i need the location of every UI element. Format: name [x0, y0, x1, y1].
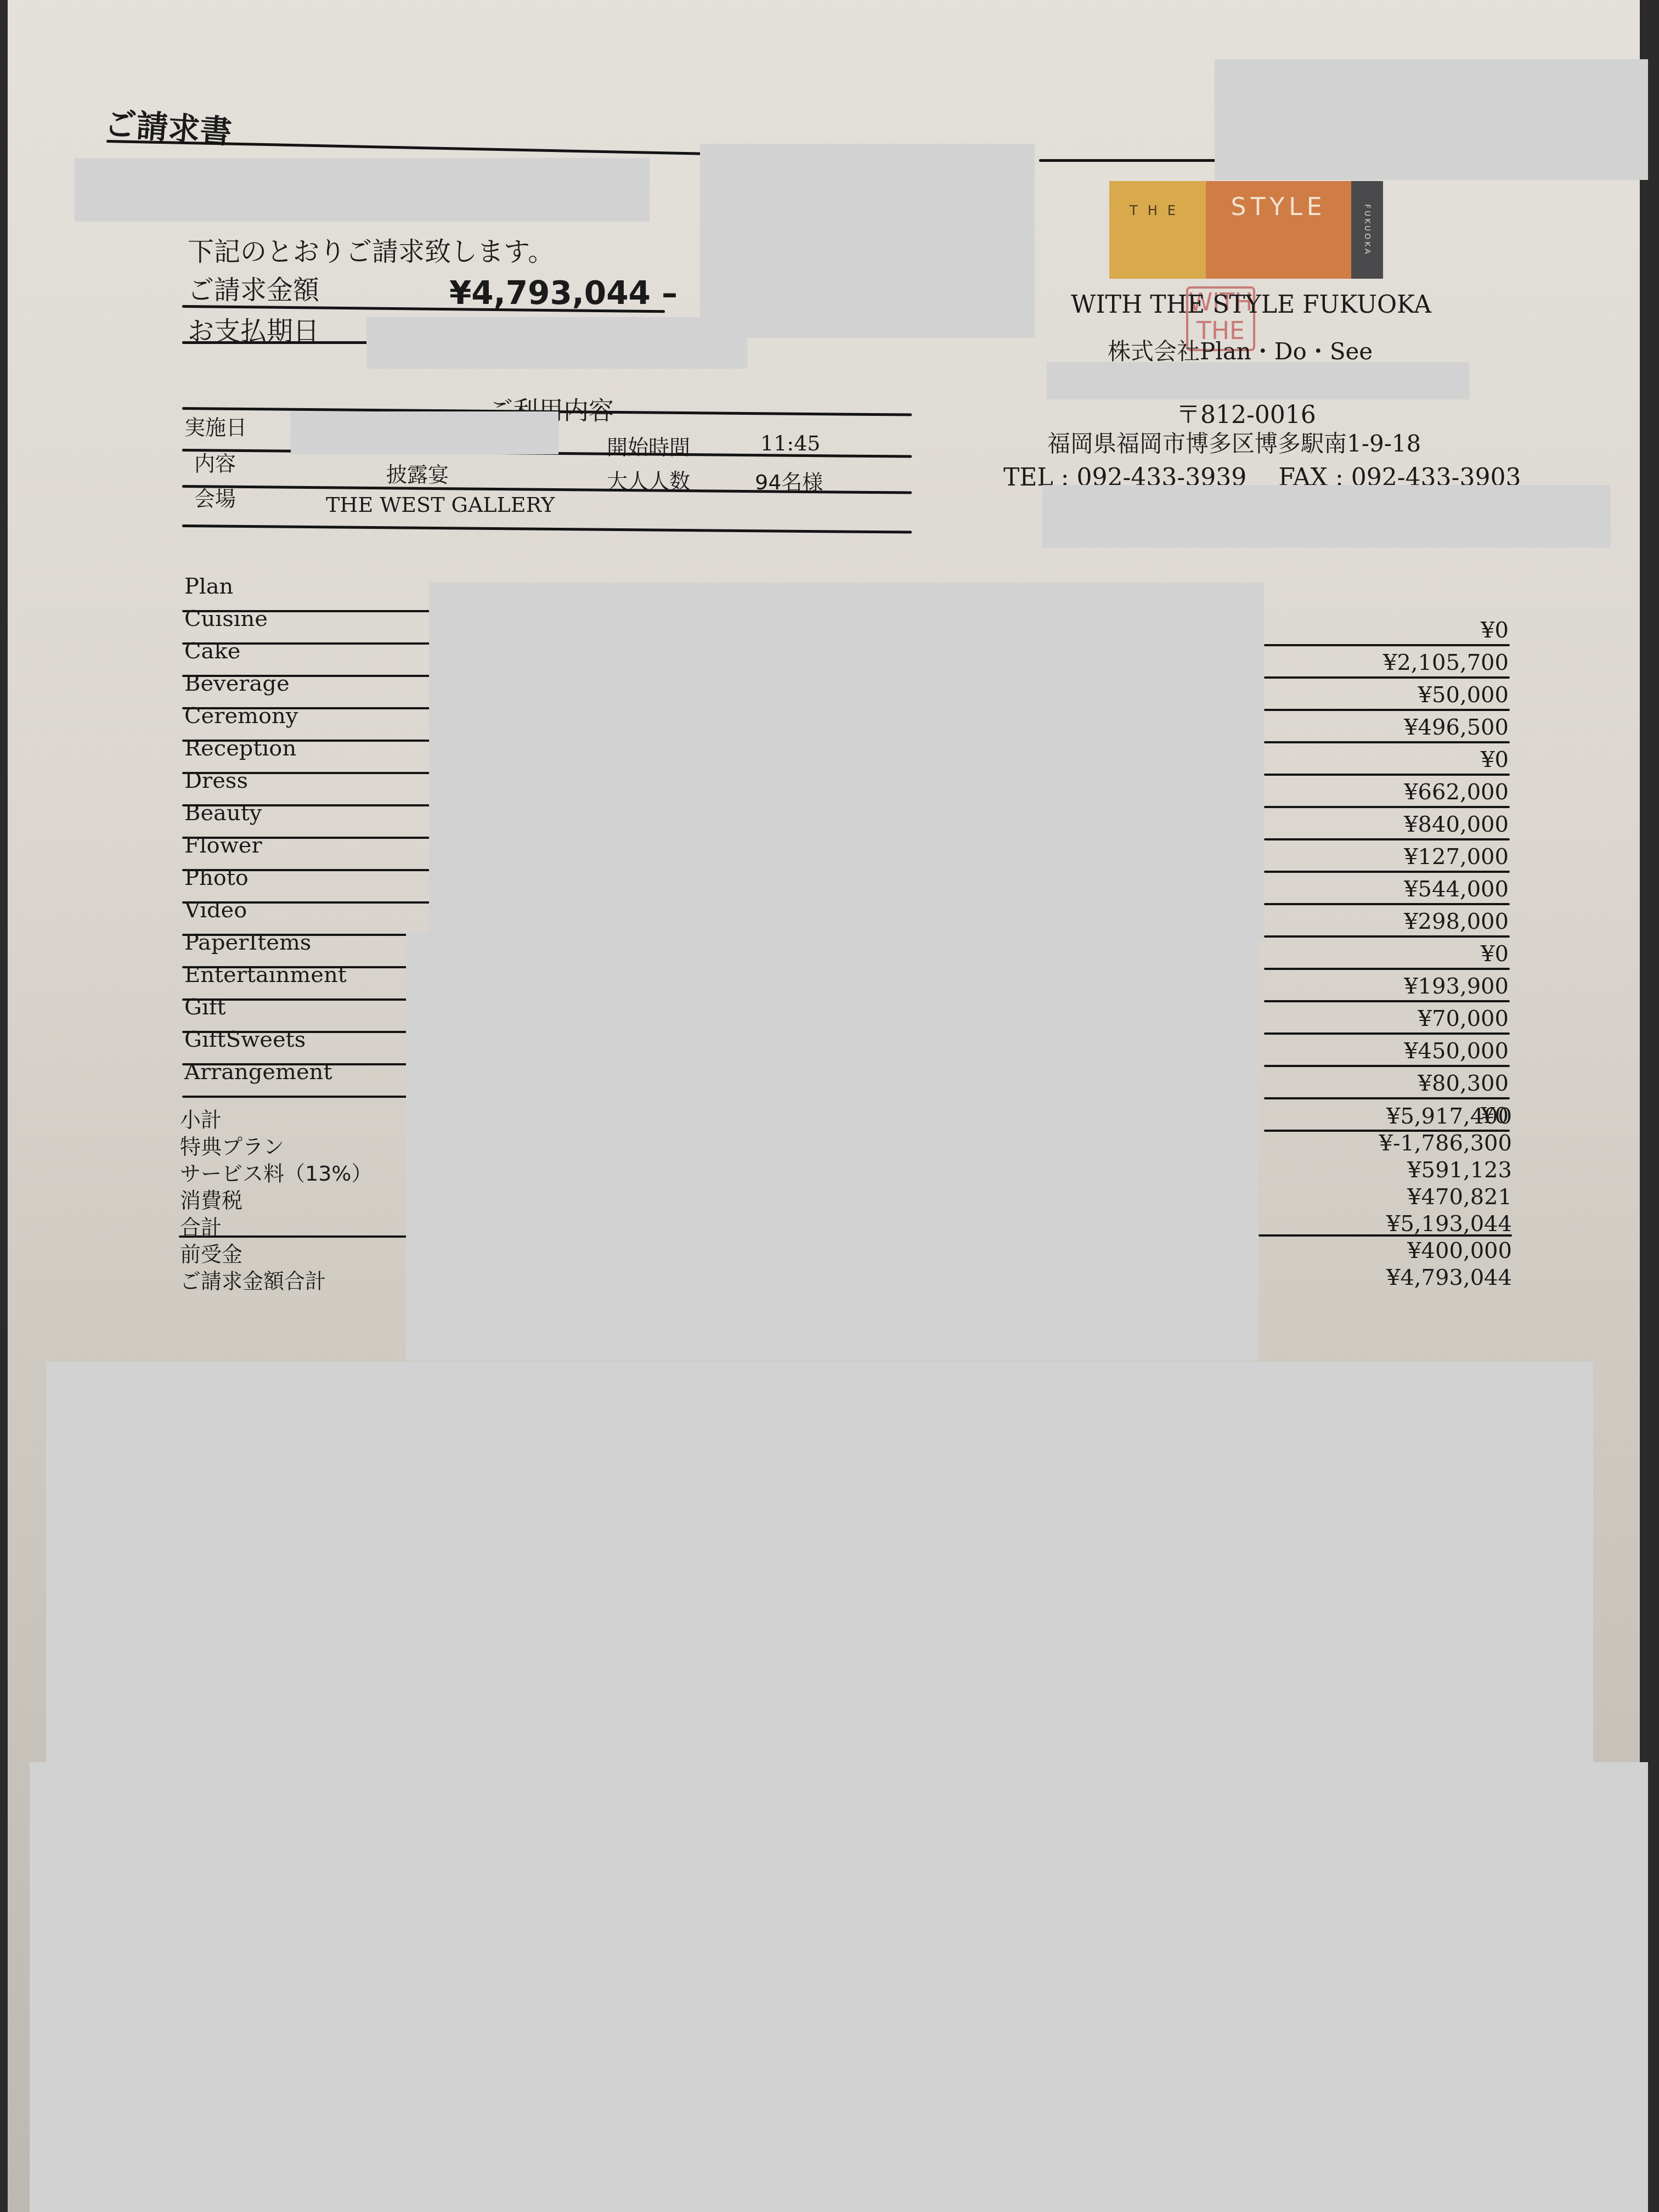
- summary-value: ¥-1,786,300: [1259, 1131, 1512, 1156]
- amount-label: ご請求金額: [188, 269, 319, 307]
- intro-text: 下記のとおりご請求致します。: [188, 230, 554, 268]
- item-value: ¥840,000: [1259, 812, 1509, 837]
- item-value: ¥450,000: [1259, 1039, 1509, 1064]
- item-label: Video: [184, 898, 247, 923]
- redaction-block: [1042, 485, 1611, 548]
- item-label: Cuisine: [184, 606, 268, 631]
- company-name: WITH THE STYLE FUKUOKA: [1071, 291, 1431, 319]
- total-rule-left: [179, 1235, 415, 1238]
- item-value: ¥127,000: [1259, 844, 1509, 870]
- venue-label: 会場: [194, 482, 236, 512]
- item-value: ¥70,000: [1259, 1006, 1509, 1031]
- invoice-paper: ご請求書 下記のとおりご請求致します。 ご請求金額 ¥4,793,044 – お…: [8, 0, 1640, 2212]
- total-rule-right: [1259, 1234, 1512, 1237]
- summary-label: ご請求金額合計: [180, 1264, 326, 1294]
- redaction-block: [429, 583, 1264, 939]
- item-rule-right: [1264, 1097, 1510, 1099]
- item-label: Dress: [184, 768, 248, 793]
- item-rule-left: [182, 1096, 440, 1098]
- summary-value: ¥4,793,044: [1259, 1265, 1512, 1290]
- summary-label: 消費税: [180, 1183, 242, 1214]
- company-zip: 〒812-0016: [1176, 395, 1316, 430]
- venue-value: THE WEST GALLERY: [326, 493, 555, 517]
- item-value: ¥193,900: [1259, 974, 1509, 999]
- item-value: ¥80,300: [1259, 1071, 1509, 1096]
- item-rule-right: [1264, 676, 1510, 679]
- redaction-block: [291, 411, 558, 454]
- redaction-block: [700, 144, 1035, 338]
- item-rule-right: [1264, 1032, 1510, 1035]
- item-label: Arrangement: [184, 1059, 332, 1085]
- start-time-value: 11:45: [760, 431, 821, 455]
- item-label: Flower: [184, 833, 262, 858]
- summary-label: 前受金: [180, 1237, 242, 1267]
- item-rule-right: [1264, 1000, 1510, 1002]
- item-rule-right: [1264, 1065, 1510, 1067]
- item-value: ¥544,000: [1259, 877, 1509, 902]
- item-label: Gift: [184, 995, 226, 1020]
- item-rule-right: [1264, 774, 1510, 776]
- title-underline-right: [1039, 159, 1237, 162]
- item-rule-right: [1264, 968, 1510, 970]
- item-value: ¥2,105,700: [1259, 650, 1509, 675]
- item-value: ¥0: [1259, 747, 1509, 772]
- item-rule-right: [1264, 935, 1510, 938]
- content-value: 披露宴: [386, 458, 449, 488]
- redaction-block: [46, 1362, 1593, 1768]
- company-corporation: 株式会社Plan・Do・See: [1108, 334, 1373, 366]
- summary-value: ¥5,193,044: [1259, 1211, 1512, 1237]
- summary-value: ¥400,000: [1259, 1238, 1512, 1263]
- summary-label: 小計: [180, 1103, 222, 1133]
- redaction-block: [406, 933, 1259, 1361]
- item-rule-right: [1264, 644, 1510, 646]
- item-label: Cake: [184, 639, 240, 664]
- item-value: ¥50,000: [1259, 682, 1509, 708]
- item-label: Reception: [184, 736, 296, 761]
- summary-label: サービス料（13%）: [180, 1156, 372, 1187]
- summary-value: ¥470,821: [1259, 1184, 1512, 1210]
- summary-value: ¥5,917,400: [1259, 1104, 1512, 1129]
- logo-fukuoka: FUKUOKA: [1363, 204, 1372, 256]
- summary-label: 特典プラン: [180, 1130, 284, 1160]
- redaction-block: [1047, 362, 1469, 399]
- company-logo: THE STYLE FUKUOKA: [1109, 181, 1386, 279]
- item-rule-right: [1264, 903, 1510, 905]
- item-label: GiftSweets: [184, 1027, 306, 1052]
- item-rule-right: [1264, 838, 1510, 840]
- item-label: Beauty: [184, 800, 262, 826]
- usage-rule-4: [182, 524, 912, 534]
- item-label: Beverage: [184, 671, 290, 696]
- summary-value: ¥591,123: [1259, 1158, 1512, 1183]
- item-label: Photo: [184, 865, 249, 890]
- logo-side: FUKUOKA: [1351, 181, 1383, 279]
- company-address: 福岡県福岡市博多区博多駅南1-9-18: [1047, 426, 1421, 459]
- item-value: ¥0: [1259, 618, 1509, 643]
- redaction-block: [366, 317, 747, 369]
- item-label: Ceremony: [184, 703, 298, 729]
- item-label: Plan: [184, 574, 233, 599]
- item-rule-right: [1264, 806, 1510, 808]
- redaction-block: [30, 1762, 1648, 2212]
- redaction-block: [75, 158, 650, 222]
- item-rule-right: [1264, 709, 1510, 711]
- amount-value: ¥4,793,044 –: [449, 274, 678, 312]
- item-value: ¥662,000: [1259, 780, 1509, 805]
- item-rule-right: [1264, 741, 1510, 743]
- item-value: ¥0: [1259, 941, 1509, 967]
- item-label: Entertainment: [184, 962, 347, 988]
- item-value: ¥298,000: [1259, 909, 1509, 934]
- item-label: PaperItems: [184, 930, 311, 955]
- redaction-block: [1215, 59, 1648, 180]
- date-label: 実施日: [184, 410, 247, 441]
- item-value: ¥496,500: [1259, 715, 1509, 740]
- logo-style: STYLE: [1206, 181, 1351, 279]
- content-label: 内容: [194, 447, 236, 477]
- logo-the: THE: [1109, 181, 1206, 279]
- item-rule-right: [1264, 871, 1510, 873]
